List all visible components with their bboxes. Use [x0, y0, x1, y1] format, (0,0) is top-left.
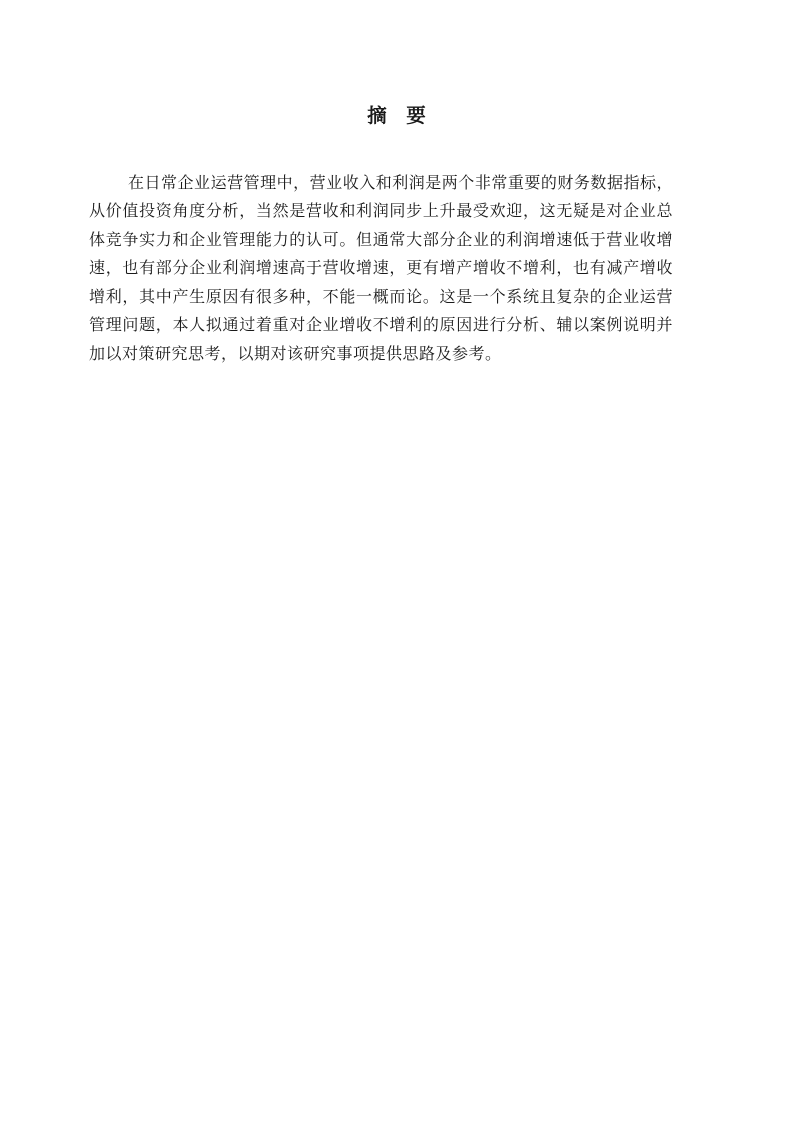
document-page: 摘 要 在日常企业运营管理中，营业收入和利润是两个非常重要的财务数据指标，从价值…	[0, 0, 793, 1122]
abstract-paragraph: 在日常企业运营管理中，营业收入和利润是两个非常重要的财务数据指标，从价值投资角度…	[89, 169, 673, 369]
abstract-title: 摘 要	[0, 0, 793, 126]
